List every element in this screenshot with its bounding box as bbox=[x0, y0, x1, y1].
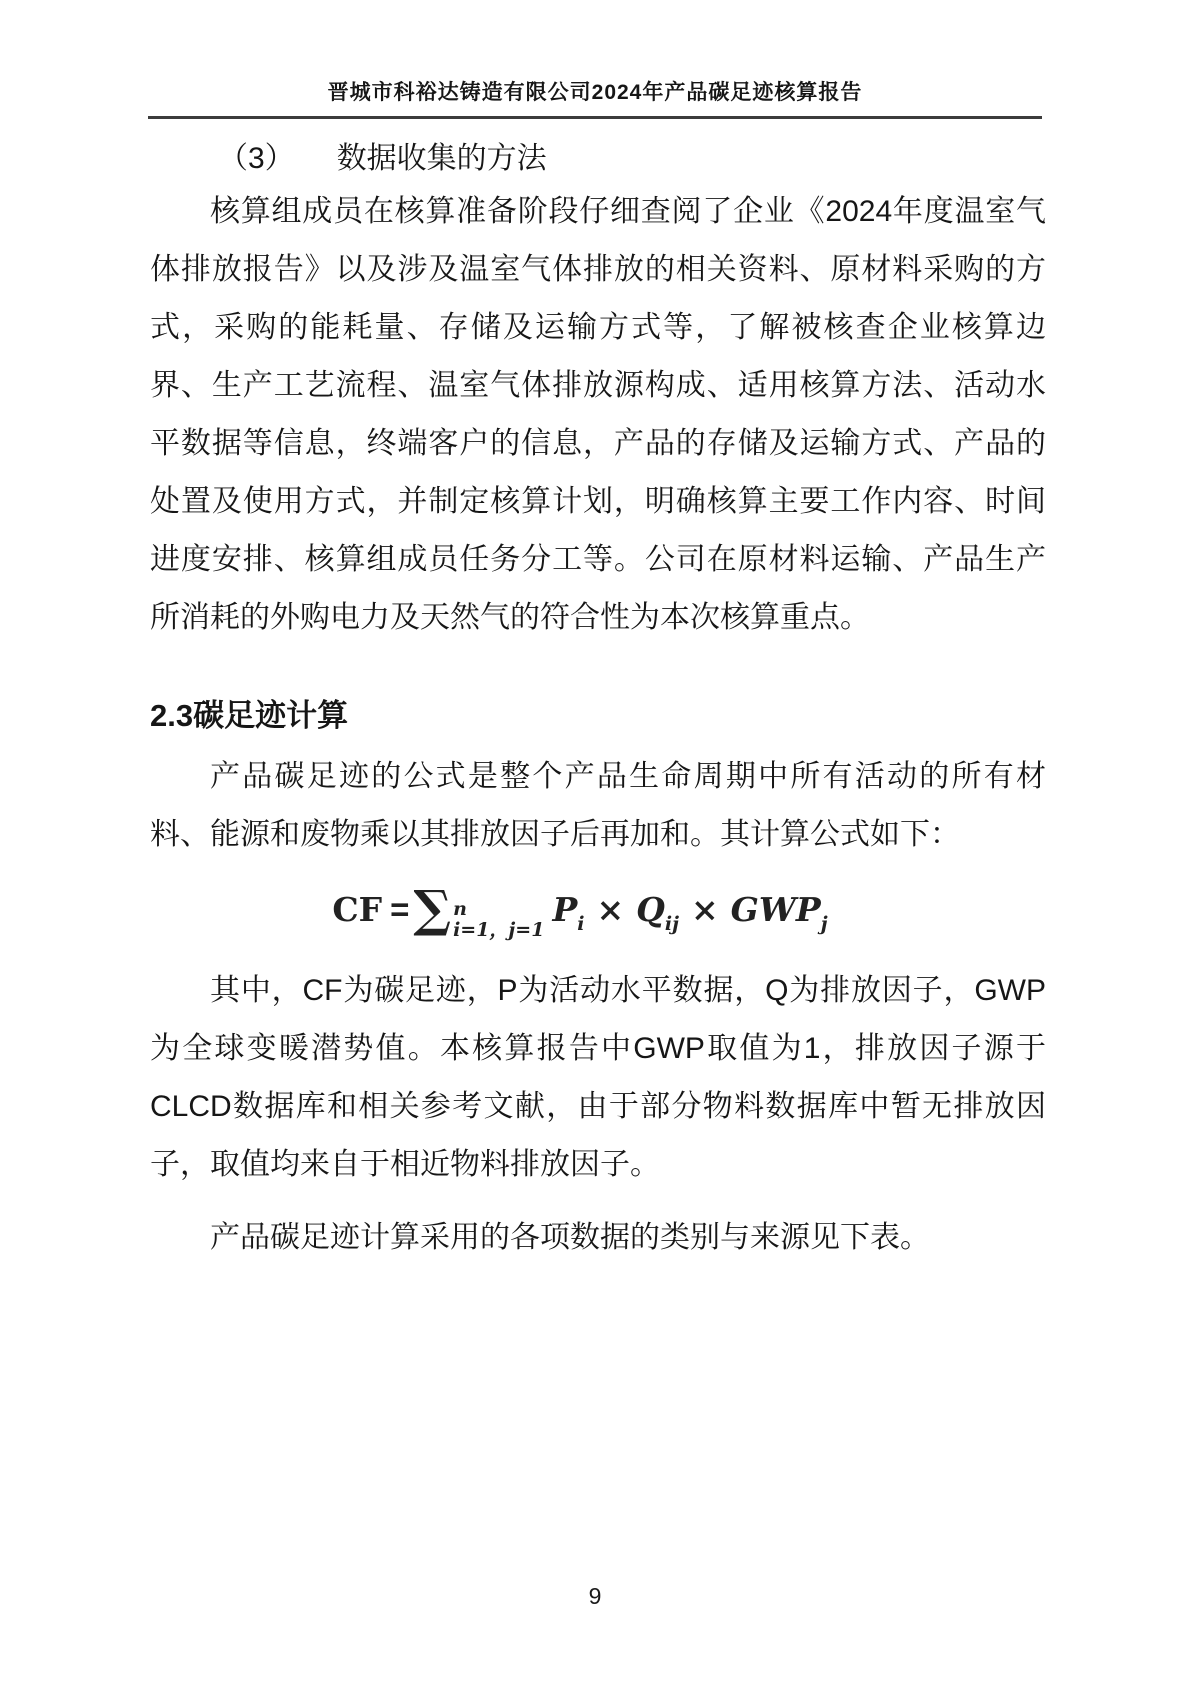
formula-emission-factor-variable: Q bbox=[636, 890, 665, 929]
paragraph-data-collection: 核算组成员在核算准备阶段仔细查阅了企业《2024年度温室气体排放报告》以及涉及温… bbox=[150, 183, 1046, 647]
formula-sigma-lower-limit: i=1，j=1 bbox=[453, 920, 544, 941]
formula-times-sign-1: × bbox=[596, 890, 624, 929]
formula-gwp-subscript: j bbox=[821, 913, 828, 935]
formula-times-sign-2: × bbox=[691, 890, 719, 929]
formula-sigma-upper-limit: n bbox=[453, 899, 467, 920]
formula-sigma-limits: ni=1，j=1 bbox=[453, 899, 544, 941]
formula-p-subscript: i bbox=[577, 913, 584, 935]
section-heading-2-3-carbon-footprint-calculation: 2.3碳足迹计算 bbox=[150, 690, 348, 735]
document-page: 晋城市科裕达铸造有限公司2024年产品碳足迹核算报告 （3）数据收集的方法 核算… bbox=[0, 0, 1190, 1683]
section-3-heading: （3）数据收集的方法 bbox=[218, 133, 547, 177]
report-header-title: 晋城市科裕达铸造有限公司2024年产品碳足迹核算报告 bbox=[148, 76, 1042, 119]
formula-sigma-icon: ∑ bbox=[413, 879, 451, 938]
paragraph-formula-intro: 产品碳足迹的公式是整个产品生命周期中所有活动的所有材料、能源和废物乘以其排放因子… bbox=[150, 748, 1046, 864]
section-3-title: 数据收集的方法 bbox=[337, 142, 547, 175]
carbon-footprint-formula: CF=∑ni=1，j=1Pi×Qij×GWPj bbox=[150, 874, 1010, 933]
page-number: 9 bbox=[0, 1583, 1190, 1610]
paragraph-formula-explanation: 其中，CF为碳足迹，P为活动水平数据，Q为排放因子，GWP为全球变暖潜势值。本核… bbox=[150, 962, 1046, 1194]
formula-equals-sign: = bbox=[390, 891, 409, 928]
formula-activity-data-variable: P bbox=[552, 890, 577, 929]
formula-gwp-variable: GWP bbox=[731, 890, 821, 929]
formula-q-subscript: ij bbox=[665, 913, 679, 935]
paragraph-data-source-note: 产品碳足迹计算采用的各项数据的类别与来源见下表。 bbox=[150, 1209, 1046, 1267]
formula-cf: CF bbox=[332, 890, 382, 929]
section-3-number: （3） bbox=[218, 142, 295, 175]
